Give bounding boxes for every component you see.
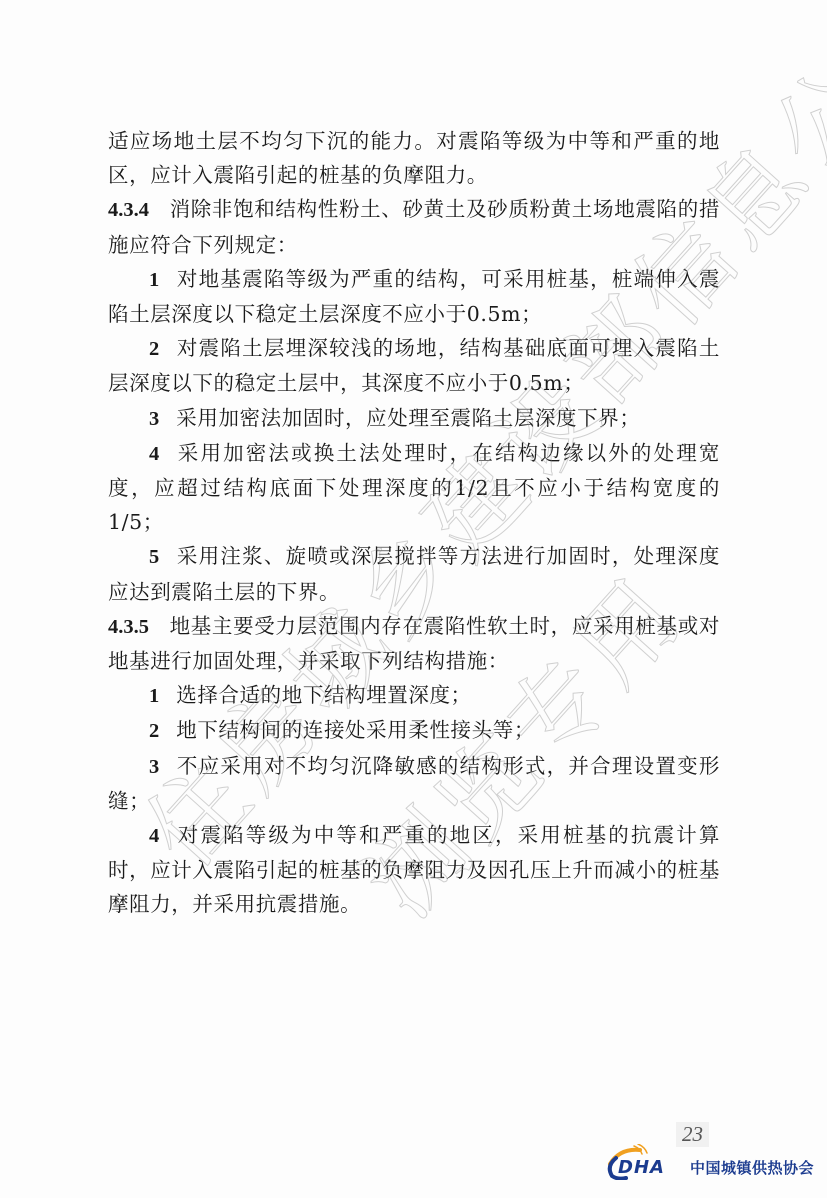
item-number: 4 <box>149 825 160 847</box>
clause-4-3-5: 4.3.5地基主要受力层范围内存在震陷性软土时，应采用桩基或对地基进行加固处理，… <box>108 609 720 678</box>
item-text: 选择合适的地下结构埋置深度； <box>176 683 471 707</box>
publisher-logo: DHA 中国城镇供热协会 <box>604 1144 824 1180</box>
clause-4-3-4: 4.3.4消除非饱和结构性粉土、砂黄土及砂质粉黄土场地震陷的措施应符合下列规定： <box>108 192 720 261</box>
item-number: 4 <box>149 443 160 465</box>
paragraph-text: 适应场地土层不均匀下沉的能力。对震陷等级为中等和严重的地区，应计入震陷引起的桩基… <box>108 129 720 187</box>
paragraph-continuation: 适应场地土层不均匀下沉的能力。对震陷等级为中等和严重的地区，应计入震陷引起的桩基… <box>108 124 720 192</box>
document-page: 适应场地土层不均匀下沉的能力。对震陷等级为中等和严重的地区，应计入震陷引起的桩基… <box>0 0 827 1198</box>
item-number: 5 <box>149 546 160 568</box>
clause-text: 地基主要受力层范围内存在震陷性软土时，应采用桩基或对地基进行加固处理，并采取下列… <box>108 614 720 673</box>
item-number: 3 <box>149 756 160 778</box>
item-number: 2 <box>149 720 160 742</box>
list-item: 4采用加密法或换土法处理时，在结构边缘以外的处理宽度，应超过结构底面下处理深度的… <box>108 436 720 540</box>
item-text: 采用注浆、旋喷或深层搅拌等方法进行加固时，处理深度应达到震陷土层的下界。 <box>108 544 720 603</box>
list-item: 3不应采用对不均匀沉降敏感的结构形式，并合理设置变形缝； <box>108 749 720 818</box>
list-item: 1对地基震陷等级为严重的结构，可采用桩基，桩端伸入震陷土层深度以下稳定土层深度不… <box>108 262 720 331</box>
item-text: 采用加密法或换土法处理时，在结构边缘以外的处理宽度，应超过结构底面下处理深度的1… <box>108 441 720 534</box>
logo-mark: DHA <box>604 1144 684 1180</box>
item-text: 地下结构间的连接处采用柔性接头等； <box>176 718 535 742</box>
item-text: 采用加密法加固时，应处理至震陷土层深度下界； <box>176 406 640 430</box>
item-text: 对震陷土层埋深较浅的场地，结构基础底面可埋入震陷土层深度以下的稳定土层中，其深度… <box>108 336 720 395</box>
clause-text: 消除非饱和结构性粉土、砂黄土及砂质粉黄土场地震陷的措施应符合下列规定： <box>108 197 720 256</box>
document-body: 适应场地土层不均匀下沉的能力。对震陷等级为中等和严重的地区，应计入震陷引起的桩基… <box>108 124 720 922</box>
logo-letters: DHA <box>618 1157 665 1178</box>
list-item: 4对震陷等级为中等和严重的地区，采用桩基的抗震计算时，应计入震陷引起的桩基的负摩… <box>108 818 720 922</box>
organization-name: 中国城镇供热协会 <box>690 1157 814 1178</box>
item-number: 2 <box>149 338 160 360</box>
item-text: 不应采用对不均匀沉降敏感的结构形式，并合理设置变形缝； <box>108 754 720 813</box>
list-item: 2对震陷土层埋深较浅的场地，结构基础底面可埋入震陷土层深度以下的稳定土层中，其深… <box>108 331 720 400</box>
clause-number: 4.3.5 <box>108 616 149 638</box>
item-number: 1 <box>149 269 160 291</box>
item-number: 3 <box>149 408 160 430</box>
clause-number: 4.3.4 <box>108 199 149 221</box>
list-item: 5采用注浆、旋喷或深层搅拌等方法进行加固时，处理深度应达到震陷土层的下界。 <box>108 539 720 608</box>
item-number: 1 <box>149 685 160 707</box>
item-text: 对地基震陷等级为严重的结构，可采用桩基，桩端伸入震陷土层深度以下稳定土层深度不应… <box>108 267 720 326</box>
list-item: 1选择合适的地下结构埋置深度； <box>108 678 720 713</box>
item-text: 对震陷等级为中等和严重的地区，采用桩基的抗震计算时，应计入震陷引起的桩基的负摩阻… <box>108 823 720 916</box>
list-item: 2地下结构间的连接处采用柔性接头等； <box>108 713 720 748</box>
list-item: 3采用加密法加固时，应处理至震陷土层深度下界； <box>108 401 720 436</box>
